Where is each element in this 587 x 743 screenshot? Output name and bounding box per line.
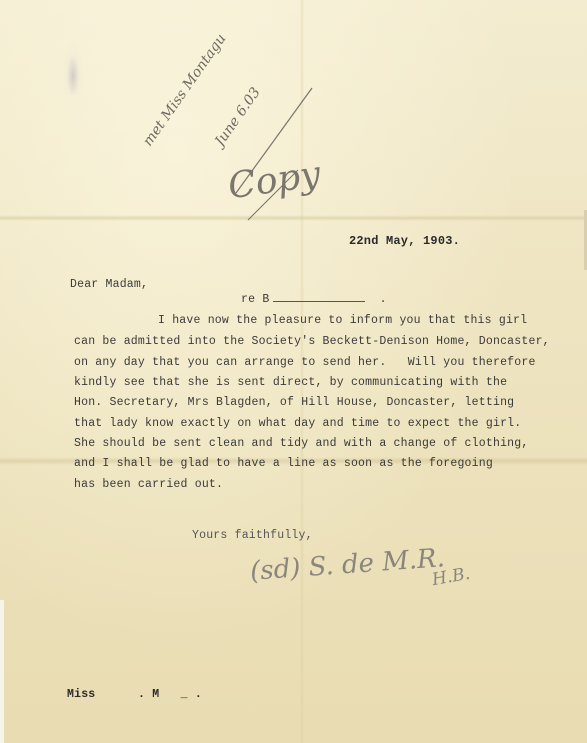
body-line-2: can be admitted into the Society's Becke… bbox=[74, 336, 550, 348]
body-line-6: that lady know exactly on what day and t… bbox=[74, 418, 521, 430]
body-line-1: I have now the pleasure to inform you th… bbox=[158, 315, 527, 327]
paper-fold-vertical bbox=[300, 0, 304, 743]
redacted-name-blank bbox=[273, 292, 365, 302]
letter-page: met Miss Montagu June 6.03 Copy 22nd May… bbox=[0, 0, 587, 743]
pencil-strike-line bbox=[0, 0, 587, 743]
pencil-annotation-date: June 6.03 bbox=[212, 85, 264, 150]
body-line-9: has been carried out. bbox=[74, 479, 223, 491]
re-initial: B bbox=[262, 293, 269, 306]
body-line-7: She should be sent clean and tidy and wi… bbox=[74, 438, 528, 450]
body-line-4: kindly see that she is sent direct, by c… bbox=[74, 377, 507, 389]
pencil-copy-mark: Copy bbox=[226, 154, 323, 207]
re-label: re bbox=[241, 293, 255, 306]
body-line-8: and I shall be glad to have a line as so… bbox=[74, 458, 493, 470]
body-line-3: on any day that you can arrange to send … bbox=[74, 357, 536, 369]
re-line: re B . bbox=[241, 292, 387, 306]
body-line-5: Hon. Secretary, Mrs Blagden, of Hill Hou… bbox=[74, 397, 514, 409]
pin-hole-mark bbox=[62, 40, 84, 95]
paper-edge-tear bbox=[0, 600, 4, 743]
letter-date: 22nd May, 1903. bbox=[349, 235, 460, 247]
pencil-annotation-met-miss-montagu: met Miss Montagu bbox=[140, 31, 229, 149]
closing: Yours faithfully, bbox=[192, 530, 313, 542]
re-end: . bbox=[380, 293, 387, 306]
salutation: Dear Madam, bbox=[70, 279, 148, 291]
paper-fold-upper bbox=[0, 215, 587, 221]
addressee: Miss . M _ . bbox=[67, 689, 202, 701]
signature: (sd) S. de M.R. bbox=[249, 543, 446, 587]
